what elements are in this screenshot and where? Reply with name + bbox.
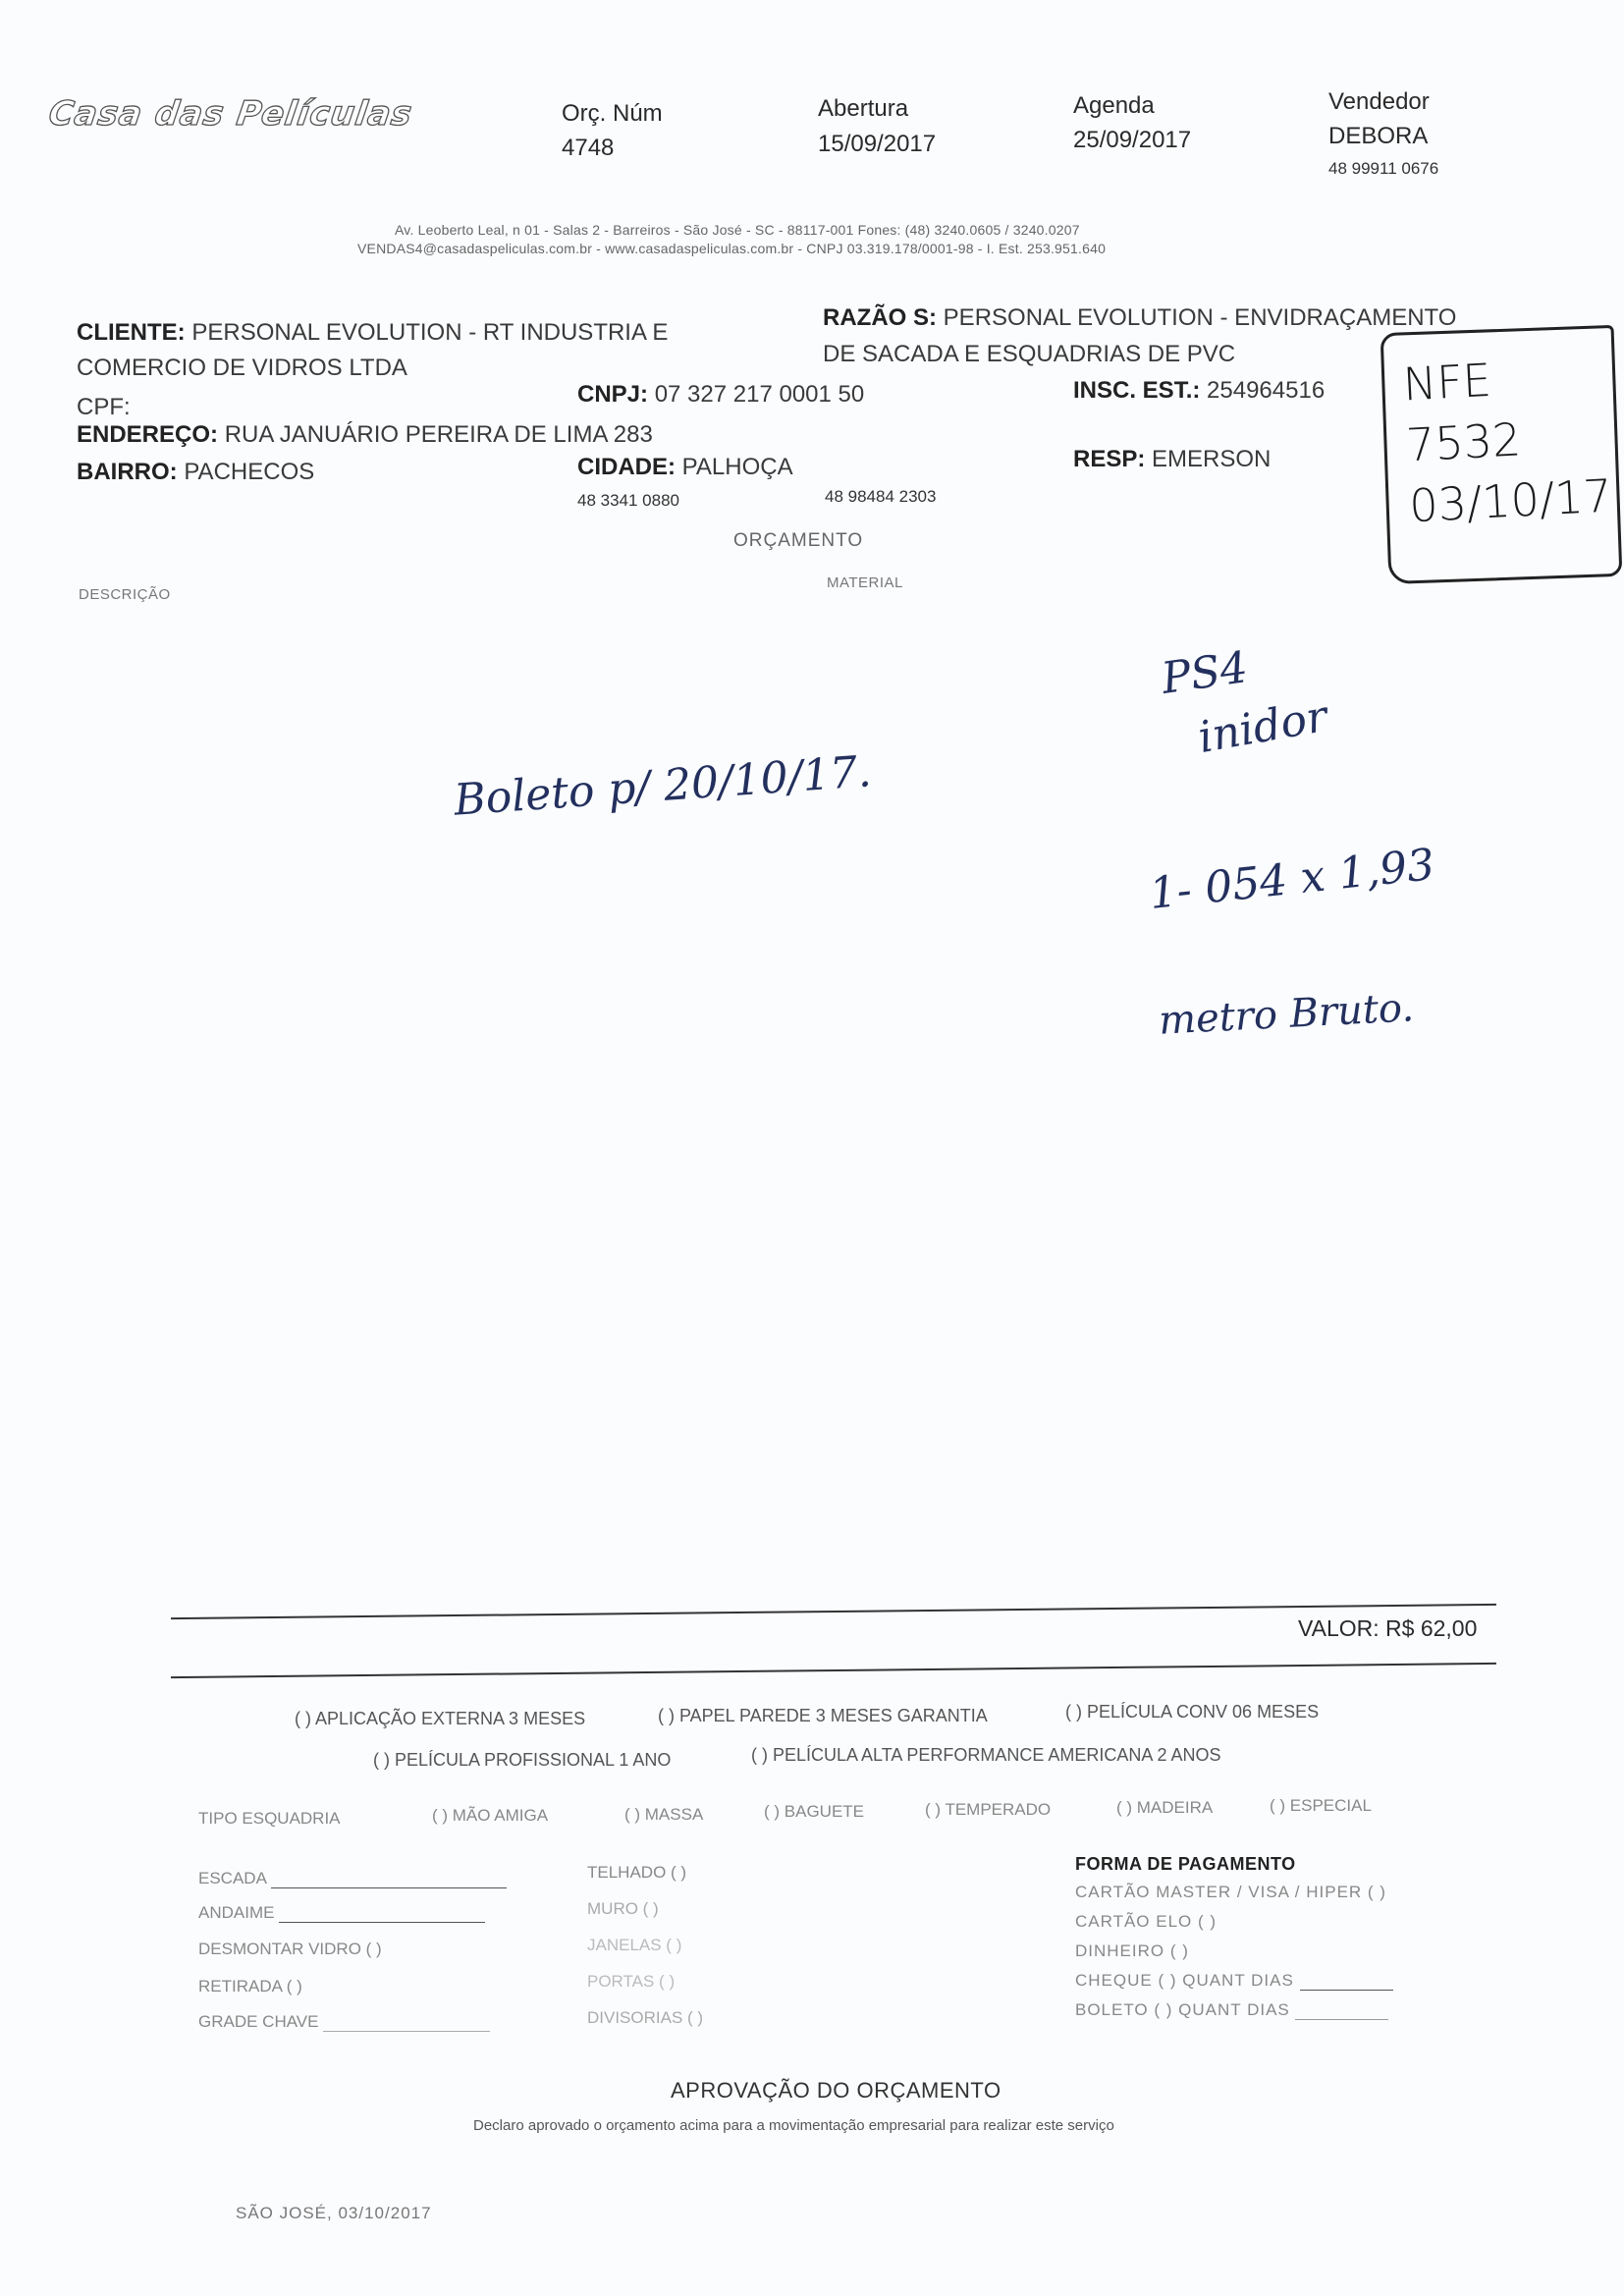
pagamento-cartao[interactable]: CARTÃO MASTER / VISA / HIPER ( ) <box>1075 1883 1386 1902</box>
esquadria-massa[interactable]: ( ) MASSA <box>624 1805 703 1825</box>
cpf-field: CPF: <box>77 394 131 421</box>
servico-escada[interactable]: ESCADA <box>198 1869 507 1888</box>
andaime-label: ANDAIME <box>198 1903 274 1922</box>
resp-field: RESP: EMERSON <box>1073 446 1271 473</box>
warranty-pelicula-profissional[interactable]: ( ) PELÍCULA PROFISSIONAL 1 ANO <box>373 1750 671 1771</box>
boleto-label: BOLETO ( ) QUANT DIAS <box>1075 2000 1290 2019</box>
aprovacao-declaration: Declaro aprovado o orçamento acima para … <box>473 2117 1114 2134</box>
bairro-label: BAIRRO: <box>77 459 178 485</box>
nfe-label: NFE <box>1401 344 1607 415</box>
cnpj-value: 07 327 217 0001 50 <box>655 381 865 408</box>
cidade-field: CIDADE: PALHOÇA <box>577 454 793 481</box>
orc-num-label: Orç. Núm <box>562 100 663 128</box>
resp-value: EMERSON <box>1152 446 1271 472</box>
valor-label: VALOR: <box>1298 1615 1380 1641</box>
grade-chave-input-line[interactable] <box>323 2031 490 2032</box>
cliente-label: CLIENTE: <box>77 319 186 346</box>
abertura-label: Abertura <box>818 95 908 123</box>
esquadria-temperado[interactable]: ( ) TEMPERADO <box>925 1800 1051 1820</box>
servico-andaime[interactable]: ANDAIME <box>198 1903 485 1923</box>
handwritten-measurement: 1- 054 x 1,93 <box>1147 840 1436 919</box>
nfe-annotation: NFE 7532 03/10/17 <box>1401 344 1613 537</box>
servico-divisorias[interactable]: DIVISORIAS ( ) <box>587 2008 703 2028</box>
client-phone-1: 48 3341 0880 <box>577 491 679 511</box>
handwritten-inidor-note: inidor <box>1195 691 1331 763</box>
warranty-pelicula-alta-performance[interactable]: ( ) PELÍCULA ALTA PERFORMANCE AMERICANA … <box>751 1745 1220 1766</box>
esquadria-mao-amiga[interactable]: ( ) MÃO AMIGA <box>432 1806 548 1826</box>
insc-est-label: INSC. EST.: <box>1073 377 1200 404</box>
tipo-esquadria-label: TIPO ESQUADRIA <box>198 1809 341 1829</box>
orcamento-heading: ORÇAMENTO <box>733 530 863 552</box>
divider-bottom <box>171 1663 1496 1678</box>
resp-label: RESP: <box>1073 446 1145 472</box>
grade-chave-label: GRADE CHAVE <box>198 2012 319 2031</box>
razao-value: PERSONAL EVOLUTION - ENVIDRAÇAMENTO <box>944 304 1457 331</box>
pagamento-cheque[interactable]: CHEQUE ( ) QUANT DIAS <box>1075 1971 1393 1991</box>
place-date: SÃO JOSÉ, 03/10/2017 <box>236 2204 432 2223</box>
abertura-value: 15/09/2017 <box>818 131 936 158</box>
vendedor-label: Vendedor <box>1328 88 1430 116</box>
servico-janelas[interactable]: JANELAS ( ) <box>587 1936 681 1955</box>
esquadria-madeira[interactable]: ( ) MADEIRA <box>1116 1798 1213 1818</box>
endereco-value: RUA JANUÁRIO PEREIRA DE LIMA 283 <box>225 421 653 448</box>
handwritten-boleto-note: Boleto p/ 20/10/17. <box>453 746 873 826</box>
cliente-value: PERSONAL EVOLUTION - RT INDUSTRIA E <box>191 319 668 346</box>
insc-est-value: 254964516 <box>1207 377 1325 404</box>
warranty-pelicula-conv[interactable]: ( ) PELÍCULA CONV 06 MESES <box>1065 1702 1319 1722</box>
pagamento-cartao-elo[interactable]: CARTÃO ELO ( ) <box>1075 1912 1217 1932</box>
nfe-number: 7532 <box>1405 405 1611 476</box>
esquadria-especial[interactable]: ( ) ESPECIAL <box>1270 1796 1372 1816</box>
company-contact: VENDAS4@casadaspeliculas.com.br - www.ca… <box>357 241 1106 256</box>
handwritten-metro-bruto: metro Bruto. <box>1158 985 1415 1044</box>
bairro-field: BAIRRO: PACHECOS <box>77 459 314 486</box>
material-column-label: MATERIAL <box>827 574 903 591</box>
esquadria-baguete[interactable]: ( ) BAGUETE <box>764 1802 864 1822</box>
warranty-aplicacao-externa[interactable]: ( ) APLICAÇÃO EXTERNA 3 MESES <box>295 1709 585 1729</box>
orc-num-value: 4748 <box>562 135 614 162</box>
agenda-value: 25/09/2017 <box>1073 127 1191 154</box>
handwritten-ps4-note: PS4 <box>1159 642 1251 704</box>
pagamento-boleto[interactable]: BOLETO ( ) QUANT DIAS <box>1075 2000 1388 2020</box>
cnpj-field: CNPJ: 07 327 217 0001 50 <box>577 381 864 409</box>
valor-total: VALOR: R$ 62,00 <box>1298 1615 1477 1642</box>
servico-portas[interactable]: PORTAS ( ) <box>587 1972 675 1992</box>
boleto-dias-input-line[interactable] <box>1295 2019 1388 2020</box>
company-address: Av. Leoberto Leal, n 01 - Salas 2 - Barr… <box>395 222 1080 238</box>
razao-label: RAZÃO S: <box>823 304 937 331</box>
cidade-value: PALHOÇA <box>682 454 793 480</box>
servico-telhado[interactable]: TELHADO ( ) <box>587 1863 686 1883</box>
insc-est-field: INSC. EST.: 254964516 <box>1073 377 1325 405</box>
pagamento-dinheiro[interactable]: DINHEIRO ( ) <box>1075 1941 1189 1961</box>
cheque-label: CHEQUE ( ) QUANT DIAS <box>1075 1971 1294 1990</box>
escada-input-line[interactable] <box>271 1887 507 1888</box>
razao-field: RAZÃO S: PERSONAL EVOLUTION - ENVIDRAÇAM… <box>823 304 1456 332</box>
endereco-label: ENDEREÇO: <box>77 421 218 448</box>
descricao-column-label: DESCRIÇÃO <box>79 586 171 603</box>
company-logo: Casa das Películas <box>46 94 414 134</box>
cidade-label: CIDADE: <box>577 454 676 480</box>
client-phone-2: 48 98484 2303 <box>825 487 936 507</box>
servico-muro[interactable]: MURO ( ) <box>587 1899 659 1919</box>
andaime-input-line[interactable] <box>279 1922 485 1923</box>
valor-amount: R$ 62,00 <box>1385 1615 1477 1641</box>
servico-grade-chave[interactable]: GRADE CHAVE <box>198 2012 490 2032</box>
cnpj-label: CNPJ: <box>577 381 648 408</box>
vendedor-phone: 48 99911 0676 <box>1328 159 1438 179</box>
endereco-field: ENDEREÇO: RUA JANUÁRIO PEREIRA DE LIMA 2… <box>77 421 653 449</box>
aprovacao-heading: APROVAÇÃO DO ORÇAMENTO <box>671 2078 1001 2104</box>
forma-pagamento-heading: FORMA DE PAGAMENTO <box>1075 1854 1296 1875</box>
vendedor-value: DEBORA <box>1328 123 1428 150</box>
escada-label: ESCADA <box>198 1869 266 1887</box>
nfe-date: 03/10/17 <box>1408 465 1614 537</box>
servico-desmontar-vidro[interactable]: DESMONTAR VIDRO ( ) <box>198 1940 382 1959</box>
cliente-value-line2: COMERCIO DE VIDROS LTDA <box>77 355 407 382</box>
cheque-dias-input-line[interactable] <box>1300 1990 1393 1991</box>
warranty-papel-parede[interactable]: ( ) PAPEL PAREDE 3 MESES GARANTIA <box>658 1706 988 1726</box>
bairro-value: PACHECOS <box>184 459 314 485</box>
cpf-label: CPF: <box>77 394 131 420</box>
servico-retirada[interactable]: RETIRADA ( ) <box>198 1977 302 1996</box>
razao-value-line2: DE SACADA E ESQUADRIAS DE PVC <box>823 341 1235 368</box>
agenda-label: Agenda <box>1073 92 1155 120</box>
cliente-field: CLIENTE: PERSONAL EVOLUTION - RT INDUSTR… <box>77 319 668 347</box>
